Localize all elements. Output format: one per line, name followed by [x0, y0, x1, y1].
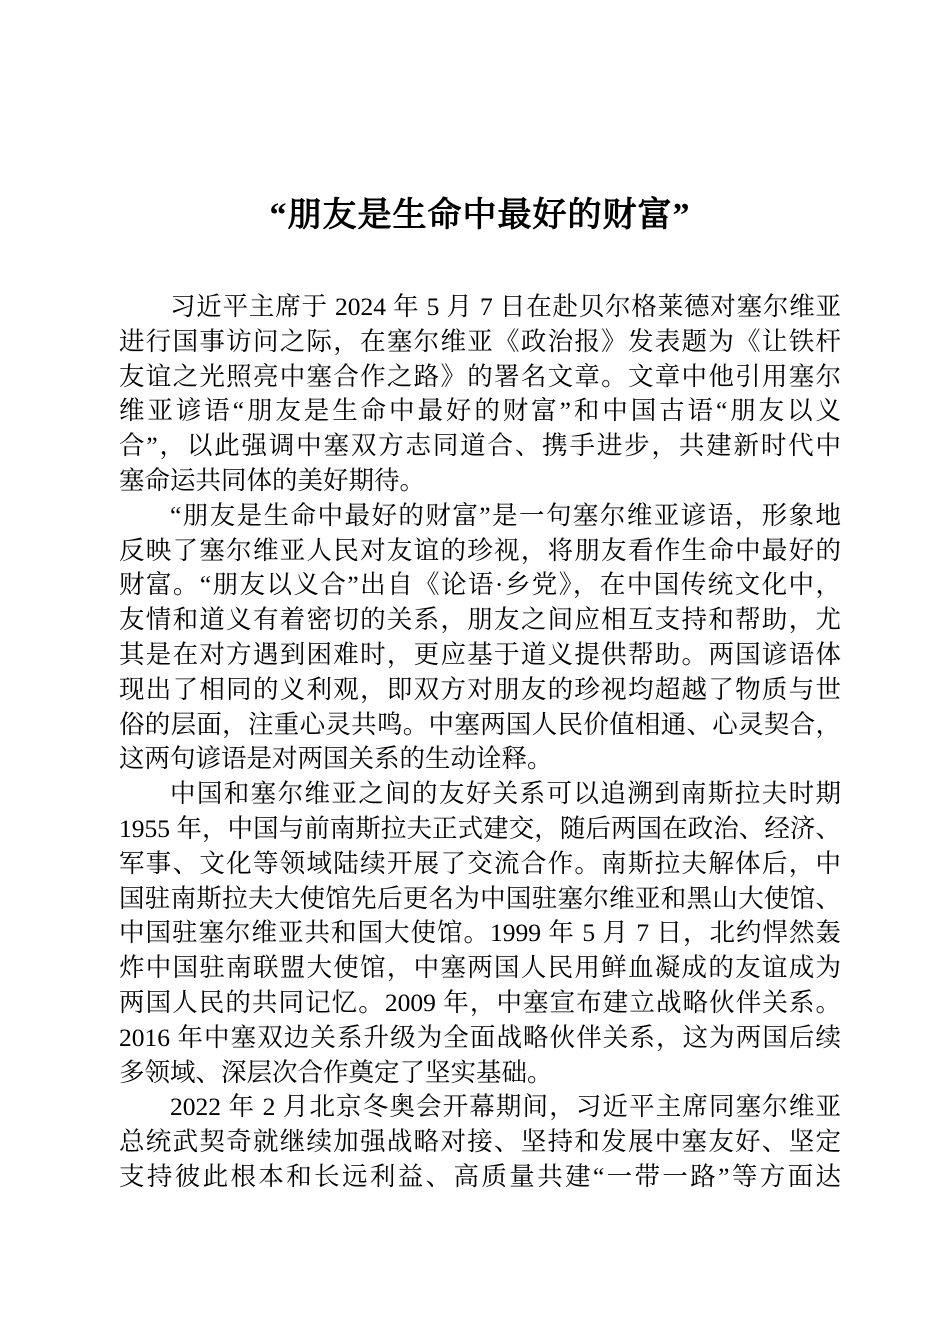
text-line: 现出了相同的义利观，即双方对朋友的珍视均超越了物质与世: [119, 673, 841, 708]
text-line: 习近平主席于 2024 年 5 月 7 日在赴贝尔格莱德对塞尔维亚: [119, 290, 841, 325]
text-line: 财富。“朋友以义合”出自《论语·乡党》，在中国传统文化中，: [119, 568, 841, 603]
text-line: 其是在对方遇到困难时，更应基于道义提供帮助。两国谚语体: [119, 638, 841, 673]
text-line: 塞命运共同体的美好期待。: [119, 464, 841, 499]
text-line: 总统武契奇就继续加强战略对接、坚持和发展中塞友好、坚定: [119, 1125, 841, 1160]
text-line: 1955 年，中国与前南斯拉夫正式建交，随后两国在政治、经济、: [119, 812, 841, 847]
text-line: 合”，以此强调中塞双方志同道合、携手进步，共建新时代中: [119, 429, 841, 464]
text-line: “朋友是生命中最好的财富”是一句塞尔维亚谚语，形象地: [119, 499, 841, 534]
text-line: 中国驻塞尔维亚共和国大使馆。1999 年 5 月 7 日，北约悍然轰: [119, 916, 841, 951]
text-line: 炸中国驻南联盟大使馆，中塞两国人民用鲜血凝成的友谊成为: [119, 951, 841, 986]
document-page: “朋友是生命中最好的财富” 习近平主席于 2024 年 5 月 7 日在赴贝尔格…: [0, 0, 950, 1344]
text-line: 友谊之光照亮中塞合作之路》的署名文章。文章中他引用塞尔: [119, 360, 841, 395]
text-line: 两国人民的共同记忆。2009 年，中塞宣布建立战略伙伴关系。: [119, 986, 841, 1021]
text-line: 维亚谚语“朋友是生命中最好的财富”和中国古语“朋友以义: [119, 394, 841, 429]
text-line: 反映了塞尔维亚人民对友谊的珍视，将朋友看作生命中最好的: [119, 534, 841, 569]
text-line: 俗的层面，注重心灵共鸣。中塞两国人民价值相通、心灵契合，: [119, 708, 841, 743]
text-line: 多领域、深层次合作奠定了坚实基础。: [119, 1056, 841, 1091]
text-line: 2022 年 2 月北京冬奥会开幕期间，习近平主席同塞尔维亚: [119, 1090, 841, 1125]
text-line: 中国和塞尔维亚之间的友好关系可以追溯到南斯拉夫时期: [119, 777, 841, 812]
text-line: 2016 年中塞双边关系升级为全面战略伙伴关系，这为两国后续: [119, 1021, 841, 1056]
document-title: “朋友是生命中最好的财富”: [119, 193, 841, 239]
document-body: 习近平主席于 2024 年 5 月 7 日在赴贝尔格莱德对塞尔维亚进行国事访问之…: [119, 290, 841, 1195]
text-line: 国驻南斯拉夫大使馆先后更名为中国驻塞尔维亚和黑山大使馆、: [119, 882, 841, 917]
text-line: 进行国事访问之际，在塞尔维亚《政治报》发表题为《让铁杆: [119, 325, 841, 360]
text-line: 军事、文化等领域陆续开展了交流合作。南斯拉夫解体后，中: [119, 847, 841, 882]
text-line: 友情和道义有着密切的关系，朋友之间应相互支持和帮助，尤: [119, 603, 841, 638]
text-line: 支持彼此根本和长远利益、高质量共建“一带一路”等方面达: [119, 1160, 841, 1195]
text-line: 这两句谚语是对两国关系的生动诠释。: [119, 742, 841, 777]
